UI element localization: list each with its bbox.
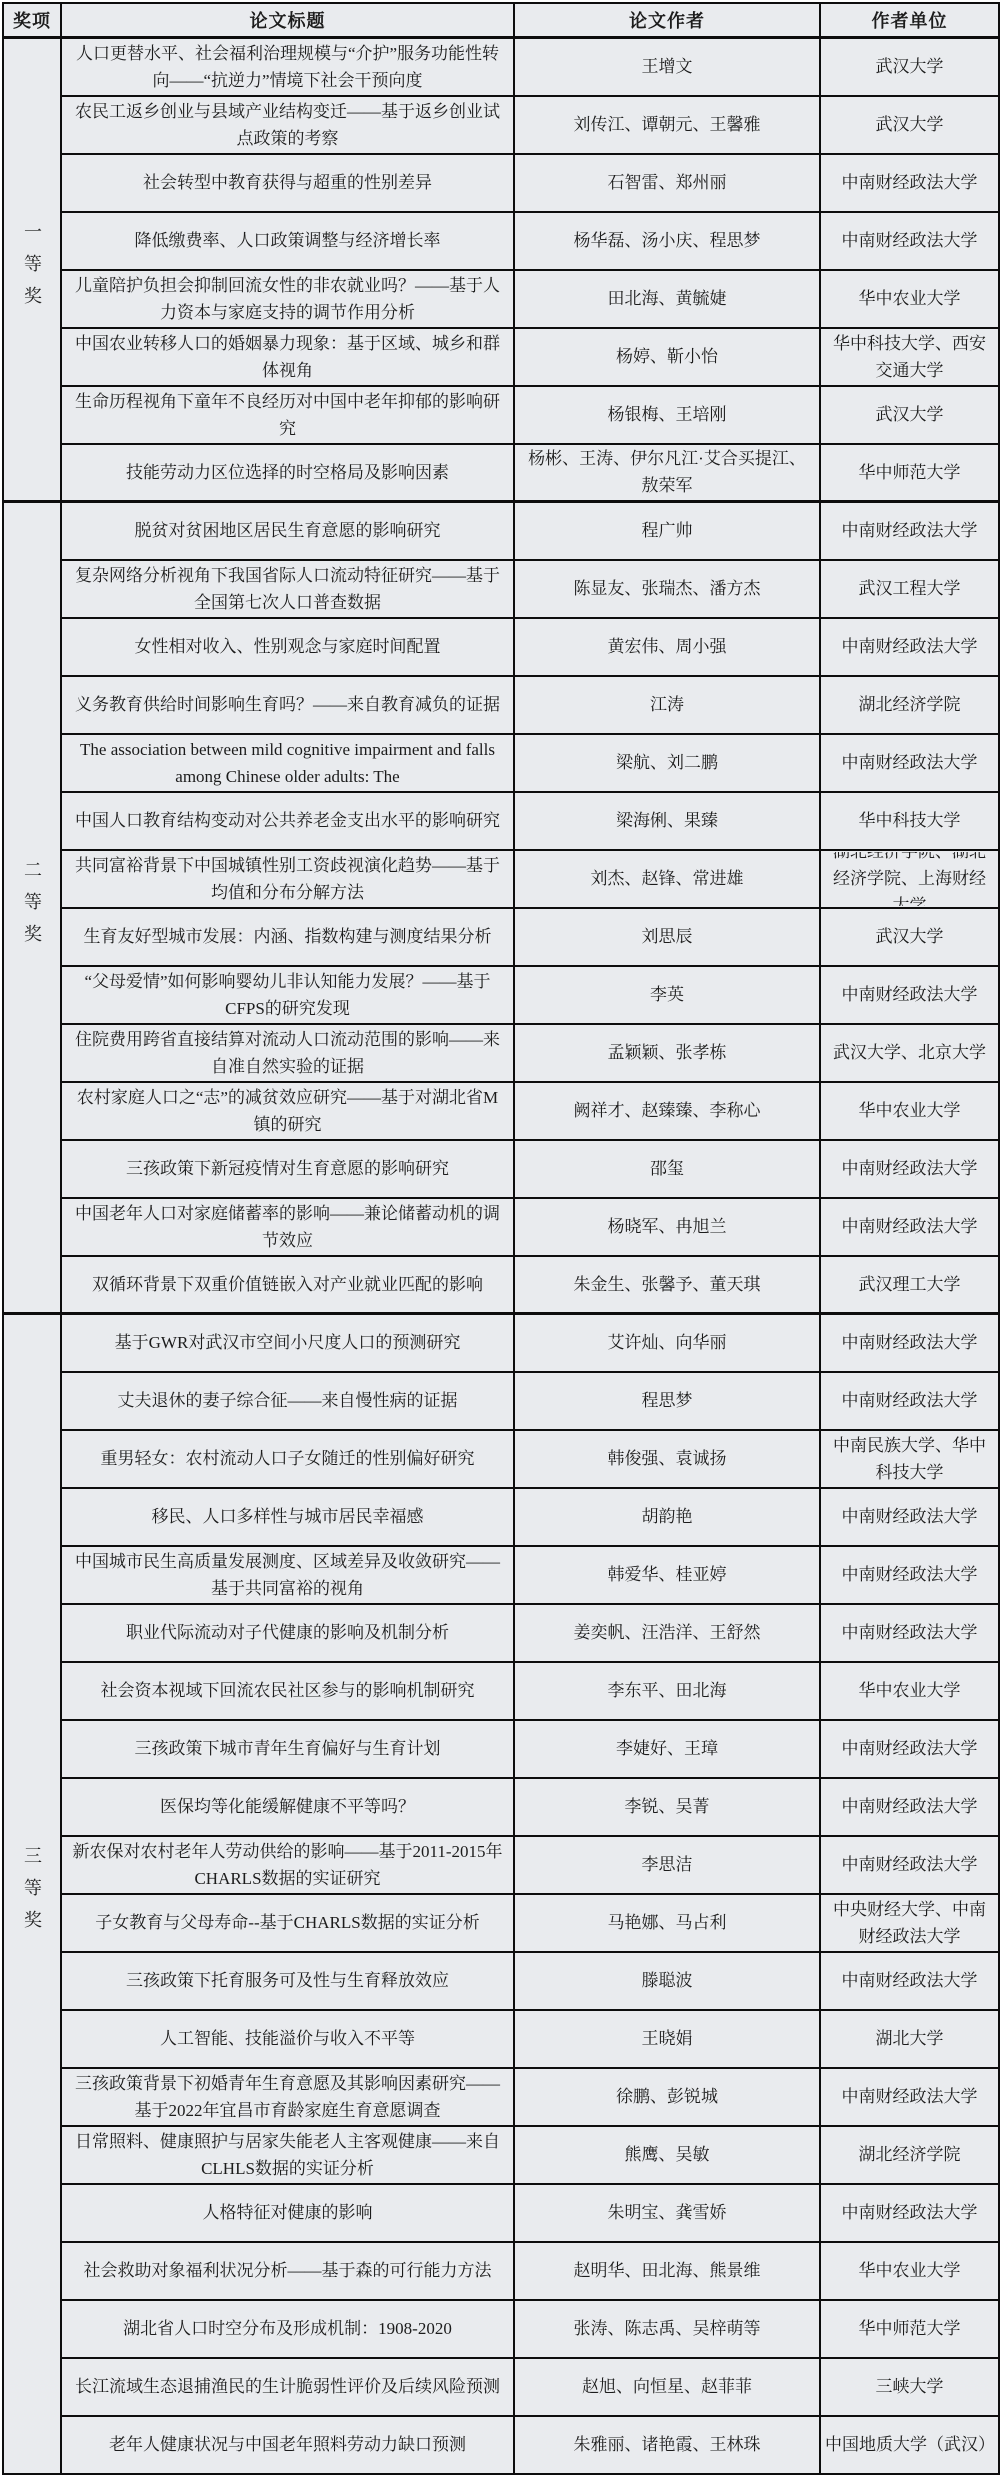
paper-title-cell: 三孩政策下托育服务可及性与生育释放效应 (61, 1952, 514, 2010)
paper-authors-cell: 杨彬、王涛、伊尔凡江·艾合买提江、敖荣军 (514, 444, 820, 502)
author-institution-cell: 中南财经政法大学 (820, 618, 999, 676)
author-institution-cell: 中南财经政法大学 (820, 212, 999, 270)
table-row: 中国人口教育结构变动对公共养老金支出水平的影响研究梁海俐、果臻华中科技大学 (3, 792, 999, 850)
table-row: 生育友好型城市发展：内涵、指数构建与测度结果分析刘思辰武汉大学 (3, 908, 999, 966)
table-row: 农村家庭人口之“志”的减贫效应研究——基于对湖北省M镇的研究阙祥才、赵臻臻、李称… (3, 1082, 999, 1140)
paper-title-cell: 移民、人口多样性与城市居民幸福感 (61, 1488, 514, 1546)
paper-authors-cell: 赵明华、田北海、熊景维 (514, 2242, 820, 2300)
table-row: 三孩政策背景下初婚青年生育意愿及其影响因素研究——基于2022年宜昌市育龄家庭生… (3, 2068, 999, 2126)
paper-title-cell: 人口更替水平、社会福利治理规模与“介护”服务功能性转向——“抗逆力”情境下社会干… (61, 38, 514, 96)
paper-title-cell: 中国城市民生高质量发展测度、区域差异及收敛研究——基于共同富裕的视角 (61, 1546, 514, 1604)
paper-title-cell: 湖北省人口时空分布及形成机制：1908-2020 (61, 2300, 514, 2358)
paper-authors-cell: 杨银梅、王培刚 (514, 386, 820, 444)
author-institution-cell: 华中农业大学 (820, 2242, 999, 2300)
table-row: 三孩政策下城市青年生育偏好与生育计划李婕好、王璋中南财经政法大学 (3, 1720, 999, 1778)
table-row: 长江流域生态退捕渔民的生计脆弱性评价及后续风险预测赵旭、向恒星、赵菲菲三峡大学 (3, 2358, 999, 2416)
table-row: 丈夫退休的妻子综合征——来自慢性病的证据程思梦中南财经政法大学 (3, 1372, 999, 1430)
table-row: 社会救助对象福利状况分析——基于森的可行能力方法赵明华、田北海、熊景维华中农业大… (3, 2242, 999, 2300)
author-institution-cell: 中南财经政法大学 (820, 1198, 999, 1256)
paper-authors-cell: 杨婷、靳小怡 (514, 328, 820, 386)
author-institution-cell: 中南财经政法大学 (820, 1546, 999, 1604)
table-row: 移民、人口多样性与城市居民幸福感胡韵艳中南财经政法大学 (3, 1488, 999, 1546)
table-header: 奖项 论文标题 论文作者 作者单位 (3, 3, 999, 38)
author-institution-cell: 中南财经政法大学 (820, 2068, 999, 2126)
paper-title-cell: 职业代际流动对子代健康的影响及机制分析 (61, 1604, 514, 1662)
table-row: 降低缴费率、人口政策调整与经济增长率杨华磊、汤小庆、程思梦中南财经政法大学 (3, 212, 999, 270)
paper-title-cell: 社会救助对象福利状况分析——基于森的可行能力方法 (61, 2242, 514, 2300)
paper-title-cell: 社会资本视域下回流农民社区参与的影响机制研究 (61, 1662, 514, 1720)
paper-title-cell: 农村家庭人口之“志”的减贫效应研究——基于对湖北省M镇的研究 (61, 1082, 514, 1140)
table-row: 职业代际流动对子代健康的影响及机制分析姜奕帆、汪浩洋、王舒然中南财经政法大学 (3, 1604, 999, 1662)
table-row: 一等奖人口更替水平、社会福利治理规模与“介护”服务功能性转向——“抗逆力”情境下… (3, 38, 999, 96)
table-row: “父母爱情”如何影响婴幼儿非认知能力发展？——基于CFPS的研究发现李英中南财经… (3, 966, 999, 1024)
paper-title-cell: 中国人口教育结构变动对公共养老金支出水平的影响研究 (61, 792, 514, 850)
table-row: 农民工返乡创业与县域产业结构变迁——基于返乡创业试点政策的考察刘传江、谭朝元、王… (3, 96, 999, 154)
paper-title-cell: 社会转型中教育获得与超重的性别差异 (61, 154, 514, 212)
table-row: 三孩政策下托育服务可及性与生育释放效应滕聪波中南财经政法大学 (3, 1952, 999, 2010)
author-institution-cell: 中南财经政法大学 (820, 1720, 999, 1778)
paper-authors-cell: 艾许灿、向华丽 (514, 1314, 820, 1372)
table-row: 社会转型中教育获得与超重的性别差异石智雷、郑州丽中南财经政法大学 (3, 154, 999, 212)
table-row: 中国城市民生高质量发展测度、区域差异及收敛研究——基于共同富裕的视角韩爱华、桂亚… (3, 1546, 999, 1604)
paper-title-cell: 长江流域生态退捕渔民的生计脆弱性评价及后续风险预测 (61, 2358, 514, 2416)
paper-title-cell: 三孩政策下新冠疫情对生育意愿的影响研究 (61, 1140, 514, 1198)
author-institution-cell: 中南财经政法大学 (820, 1372, 999, 1430)
table-row: The association between mild cognitive i… (3, 734, 999, 792)
paper-title-cell: 丈夫退休的妻子综合征——来自慢性病的证据 (61, 1372, 514, 1430)
author-institution-cell: 武汉工程大学 (820, 560, 999, 618)
paper-authors-cell: 刘杰、赵锋、常进雄 (514, 850, 820, 908)
paper-title-cell: “父母爱情”如何影响婴幼儿非认知能力发展？——基于CFPS的研究发现 (61, 966, 514, 1024)
author-institution-cell: 中南财经政法大学 (820, 1604, 999, 1662)
table-row: 共同富裕背景下中国城镇性别工资歧视演化趋势——基于均值和分布分解方法刘杰、赵锋、… (3, 850, 999, 908)
paper-title-cell: 儿童陪护负担会抑制回流女性的非农就业吗？——基于人力资本与家庭支持的调节作用分析 (61, 270, 514, 328)
paper-authors-cell: 朱雅丽、诸艳霞、王林珠 (514, 2416, 820, 2474)
table-row: 医保均等化能缓解健康不平等吗？李锐、吴菁中南财经政法大学 (3, 1778, 999, 1836)
paper-authors-cell: 李思洁 (514, 1836, 820, 1894)
paper-authors-cell: 李锐、吴菁 (514, 1778, 820, 1836)
table-row: 人工智能、技能溢价与收入不平等王晓娟湖北大学 (3, 2010, 999, 2068)
paper-title-cell: 住院费用跨省直接结算对流动人口流动范围的影响——来自准自然实验的证据 (61, 1024, 514, 1082)
paper-title-cell: 脱贫对贫困地区居民生育意愿的影响研究 (61, 502, 514, 560)
table-row: 社会资本视域下回流农民社区参与的影响机制研究李东平、田北海华中农业大学 (3, 1662, 999, 1720)
table-row: 儿童陪护负担会抑制回流女性的非农就业吗？——基于人力资本与家庭支持的调节作用分析… (3, 270, 999, 328)
table-row: 中国老年人口对家庭储蓄率的影响——兼论储蓄动机的调节效应杨晓军、冉旭兰中南财经政… (3, 1198, 999, 1256)
author-institution-cell: 中南财经政法大学 (820, 1952, 999, 2010)
paper-title-cell: 日常照料、健康照护与居家失能老人主客观健康——来自CLHLS数据的实证分析 (61, 2126, 514, 2184)
author-institution-cell: 湖北经济学院 (820, 676, 999, 734)
paper-title-cell: 农民工返乡创业与县域产业结构变迁——基于返乡创业试点政策的考察 (61, 96, 514, 154)
award-tier-cell: 二等奖 (3, 502, 61, 1314)
paper-authors-cell: 朱金生、张馨予、董天琪 (514, 1256, 820, 1314)
paper-title-cell: 医保均等化能缓解健康不平等吗？ (61, 1778, 514, 1836)
paper-authors-cell: 刘传江、谭朝元、王馨雅 (514, 96, 820, 154)
header-award: 奖项 (3, 3, 61, 38)
table-row: 三孩政策下新冠疫情对生育意愿的影响研究邵玺中南财经政法大学 (3, 1140, 999, 1198)
author-institution-cell: 武汉大学 (820, 96, 999, 154)
paper-authors-cell: 韩俊强、袁诚扬 (514, 1430, 820, 1488)
table-row: 重男轻女：农村流动人口子女随迁的性别偏好研究韩俊强、袁诚扬中南民族大学、华中科技… (3, 1430, 999, 1488)
paper-title-cell: 中国农业转移人口的婚姻暴力现象：基于区域、城乡和群体视角 (61, 328, 514, 386)
paper-authors-cell: 王晓娟 (514, 2010, 820, 2068)
table-row: 新农保对农村老年人劳动供给的影响——基于2011-2015年CHARLS数据的实… (3, 1836, 999, 1894)
author-institution-cell: 湖北大学 (820, 2010, 999, 2068)
award-tier-label: 三等奖 (23, 1846, 41, 1942)
table-row: 三等奖基于GWR对武汉市空间小尺度人口的预测研究艾许灿、向华丽中南财经政法大学 (3, 1314, 999, 1372)
paper-title-cell: 三孩政策背景下初婚青年生育意愿及其影响因素研究——基于2022年宜昌市育龄家庭生… (61, 2068, 514, 2126)
author-institution-cell: 华中农业大学 (820, 1662, 999, 1720)
author-institution-cell: 中南财经政法大学 (820, 966, 999, 1024)
author-institution-cell: 中南财经政法大学 (820, 1488, 999, 1546)
paper-title-cell: 生命历程视角下童年不良经历对中国中老年抑郁的影响研究 (61, 386, 514, 444)
paper-authors-cell: 程广帅 (514, 502, 820, 560)
award-tier-label: 一等奖 (23, 222, 41, 318)
paper-authors-cell: 陈显友、张瑞杰、潘方杰 (514, 560, 820, 618)
paper-title-cell: 技能劳动力区位选择的时空格局及影响因素 (61, 444, 514, 502)
paper-title-cell: 重男轻女：农村流动人口子女随迁的性别偏好研究 (61, 1430, 514, 1488)
author-institution-cell: 华中师范大学 (820, 2300, 999, 2358)
table-row: 子女教育与父母寿命--基于CHARLS数据的实证分析马艳娜、马占利中央财经大学、… (3, 1894, 999, 1952)
table-row: 生命历程视角下童年不良经历对中国中老年抑郁的影响研究杨银梅、王培刚武汉大学 (3, 386, 999, 444)
paper-title-cell: 中国老年人口对家庭储蓄率的影响——兼论储蓄动机的调节效应 (61, 1198, 514, 1256)
author-institution-cell: 武汉大学 (820, 38, 999, 96)
paper-authors-cell: 黄宏伟、周小强 (514, 618, 820, 676)
paper-title-cell: 降低缴费率、人口政策调整与经济增长率 (61, 212, 514, 270)
author-institution-cell: 中南财经政法大学 (820, 154, 999, 212)
paper-authors-cell: 赵旭、向恒星、赵菲菲 (514, 2358, 820, 2416)
awards-table-body: 一等奖人口更替水平、社会福利治理规模与“介护”服务功能性转向——“抗逆力”情境下… (3, 38, 999, 2474)
author-institution-cell: 三峡大学 (820, 2358, 999, 2416)
paper-authors-cell: 胡韵艳 (514, 1488, 820, 1546)
paper-authors-cell: 梁海俐、果臻 (514, 792, 820, 850)
paper-authors-cell: 刘思辰 (514, 908, 820, 966)
table-row: 日常照料、健康照护与居家失能老人主客观健康——来自CLHLS数据的实证分析熊鹰、… (3, 2126, 999, 2184)
paper-authors-cell: 马艳娜、马占利 (514, 1894, 820, 1952)
author-institution-cell: 中国地质大学（武汉） (820, 2416, 999, 2474)
paper-authors-cell: 梁航、刘二鹏 (514, 734, 820, 792)
author-institution-cell: 华中科技大学、西安交通大学 (820, 328, 999, 386)
paper-authors-cell: 石智雷、郑州丽 (514, 154, 820, 212)
paper-authors-cell: 姜奕帆、汪浩洋、王舒然 (514, 1604, 820, 1662)
table-row: 湖北省人口时空分布及形成机制：1908-2020张涛、陈志禹、吴梓萌等华中师范大… (3, 2300, 999, 2358)
paper-authors-cell: 熊鹰、吴敏 (514, 2126, 820, 2184)
author-institution-cell: 中南财经政法大学 (820, 1778, 999, 1836)
paper-title-cell: 老年人健康状况与中国老年照料劳动力缺口预测 (61, 2416, 514, 2474)
awards-table: 奖项 论文标题 论文作者 作者单位 一等奖人口更替水平、社会福利治理规模与“介护… (2, 2, 1000, 2475)
author-institution-cell: 武汉大学、北京大学 (820, 1024, 999, 1082)
paper-authors-cell: 邵玺 (514, 1140, 820, 1198)
award-tier-label: 二等奖 (23, 860, 41, 956)
paper-title-cell: 义务教育供给时间影响生育吗？——来自教育减负的证据 (61, 676, 514, 734)
author-institution-cell: 华中农业大学 (820, 1082, 999, 1140)
paper-title-cell: 基于GWR对武汉市空间小尺度人口的预测研究 (61, 1314, 514, 1372)
award-list-page: 奖项 论文标题 论文作者 作者单位 一等奖人口更替水平、社会福利治理规模与“介护… (2, 0, 998, 2475)
paper-authors-cell: 张涛、陈志禹、吴梓萌等 (514, 2300, 820, 2358)
paper-authors-cell: 杨晓军、冉旭兰 (514, 1198, 820, 1256)
table-row: 老年人健康状况与中国老年照料劳动力缺口预测朱雅丽、诸艳霞、王林珠中国地质大学（武… (3, 2416, 999, 2474)
author-institution-cell: 中南财经政法大学 (820, 2184, 999, 2242)
author-institution-cell: 中南民族大学、华中科技大学 (820, 1430, 999, 1488)
author-institution-cell: 中南财经政法大学 (820, 502, 999, 560)
table-row: 技能劳动力区位选择的时空格局及影响因素杨彬、王涛、伊尔凡江·艾合买提江、敖荣军华… (3, 444, 999, 502)
paper-authors-cell: 李婕好、王璋 (514, 1720, 820, 1778)
paper-authors-cell: 滕聪波 (514, 1952, 820, 2010)
paper-title-cell: 双循环背景下双重价值链嵌入对产业就业匹配的影响 (61, 1256, 514, 1314)
table-row: 住院费用跨省直接结算对流动人口流动范围的影响——来自准自然实验的证据孟颖颖、张孝… (3, 1024, 999, 1082)
author-institution-cell: 华中科技大学 (820, 792, 999, 850)
paper-authors-cell: 王增文 (514, 38, 820, 96)
paper-title-cell: 共同富裕背景下中国城镇性别工资歧视演化趋势——基于均值和分布分解方法 (61, 850, 514, 908)
paper-authors-cell: 李东平、田北海 (514, 1662, 820, 1720)
author-institution-cell: 中南财经政法大学 (820, 1140, 999, 1198)
paper-authors-cell: 韩爱华、桂亚婷 (514, 1546, 820, 1604)
header-paper-authors: 论文作者 (514, 3, 820, 38)
author-institution-cell: 武汉大学 (820, 386, 999, 444)
paper-authors-cell: 孟颖颖、张孝栋 (514, 1024, 820, 1082)
author-institution-cell: 中央财经大学、中南财经政法大学 (820, 1894, 999, 1952)
header-paper-title: 论文标题 (61, 3, 514, 38)
paper-title-cell: 人格特征对健康的影响 (61, 2184, 514, 2242)
header-author-institution: 作者单位 (820, 3, 999, 38)
author-institution-cell: 中南财经政法大学 (820, 1314, 999, 1372)
table-row: 人格特征对健康的影响朱明宝、龚雪娇中南财经政法大学 (3, 2184, 999, 2242)
author-institution-cell: 湖北经济学院、湖北经济学院、上海财经大学 (820, 850, 999, 908)
table-row: 二等奖脱贫对贫困地区居民生育意愿的影响研究程广帅中南财经政法大学 (3, 502, 999, 560)
author-institution-cell: 华中农业大学 (820, 270, 999, 328)
paper-authors-cell: 江涛 (514, 676, 820, 734)
paper-authors-cell: 程思梦 (514, 1372, 820, 1430)
paper-authors-cell: 李英 (514, 966, 820, 1024)
table-row: 女性相对收入、性别观念与家庭时间配置黄宏伟、周小强中南财经政法大学 (3, 618, 999, 676)
award-tier-cell: 三等奖 (3, 1314, 61, 2474)
author-institution-cell: 中南财经政法大学 (820, 1836, 999, 1894)
author-institution-cell: 武汉理工大学 (820, 1256, 999, 1314)
paper-title-cell: 生育友好型城市发展：内涵、指数构建与测度结果分析 (61, 908, 514, 966)
paper-authors-cell: 朱明宝、龚雪娇 (514, 2184, 820, 2242)
paper-title-cell: 三孩政策下城市青年生育偏好与生育计划 (61, 1720, 514, 1778)
paper-title-cell: 子女教育与父母寿命--基于CHARLS数据的实证分析 (61, 1894, 514, 1952)
paper-authors-cell: 杨华磊、汤小庆、程思梦 (514, 212, 820, 270)
header-row: 奖项 论文标题 论文作者 作者单位 (3, 3, 999, 38)
table-row: 义务教育供给时间影响生育吗？——来自教育减负的证据江涛湖北经济学院 (3, 676, 999, 734)
paper-authors-cell: 徐鹏、彭锐城 (514, 2068, 820, 2126)
paper-title-cell: 新农保对农村老年人劳动供给的影响——基于2011-2015年CHARLS数据的实… (61, 1836, 514, 1894)
table-row: 复杂网络分析视角下我国省际人口流动特征研究——基于全国第七次人口普查数据陈显友、… (3, 560, 999, 618)
author-institution-cell: 武汉大学 (820, 908, 999, 966)
author-institution-cell: 中南财经政法大学 (820, 734, 999, 792)
paper-title-cell: The association between mild cognitive i… (61, 734, 514, 792)
paper-authors-cell: 田北海、黄毓婕 (514, 270, 820, 328)
table-row: 双循环背景下双重价值链嵌入对产业就业匹配的影响朱金生、张馨予、董天琪武汉理工大学 (3, 1256, 999, 1314)
paper-authors-cell: 阙祥才、赵臻臻、李称心 (514, 1082, 820, 1140)
paper-title-cell: 女性相对收入、性别观念与家庭时间配置 (61, 618, 514, 676)
table-row: 中国农业转移人口的婚姻暴力现象：基于区域、城乡和群体视角杨婷、靳小怡华中科技大学… (3, 328, 999, 386)
author-institution-cell: 华中师范大学 (820, 444, 999, 502)
paper-title-cell: 人工智能、技能溢价与收入不平等 (61, 2010, 514, 2068)
author-institution-cell: 湖北经济学院 (820, 2126, 999, 2184)
award-tier-cell: 一等奖 (3, 38, 61, 502)
paper-title-cell: 复杂网络分析视角下我国省际人口流动特征研究——基于全国第七次人口普查数据 (61, 560, 514, 618)
